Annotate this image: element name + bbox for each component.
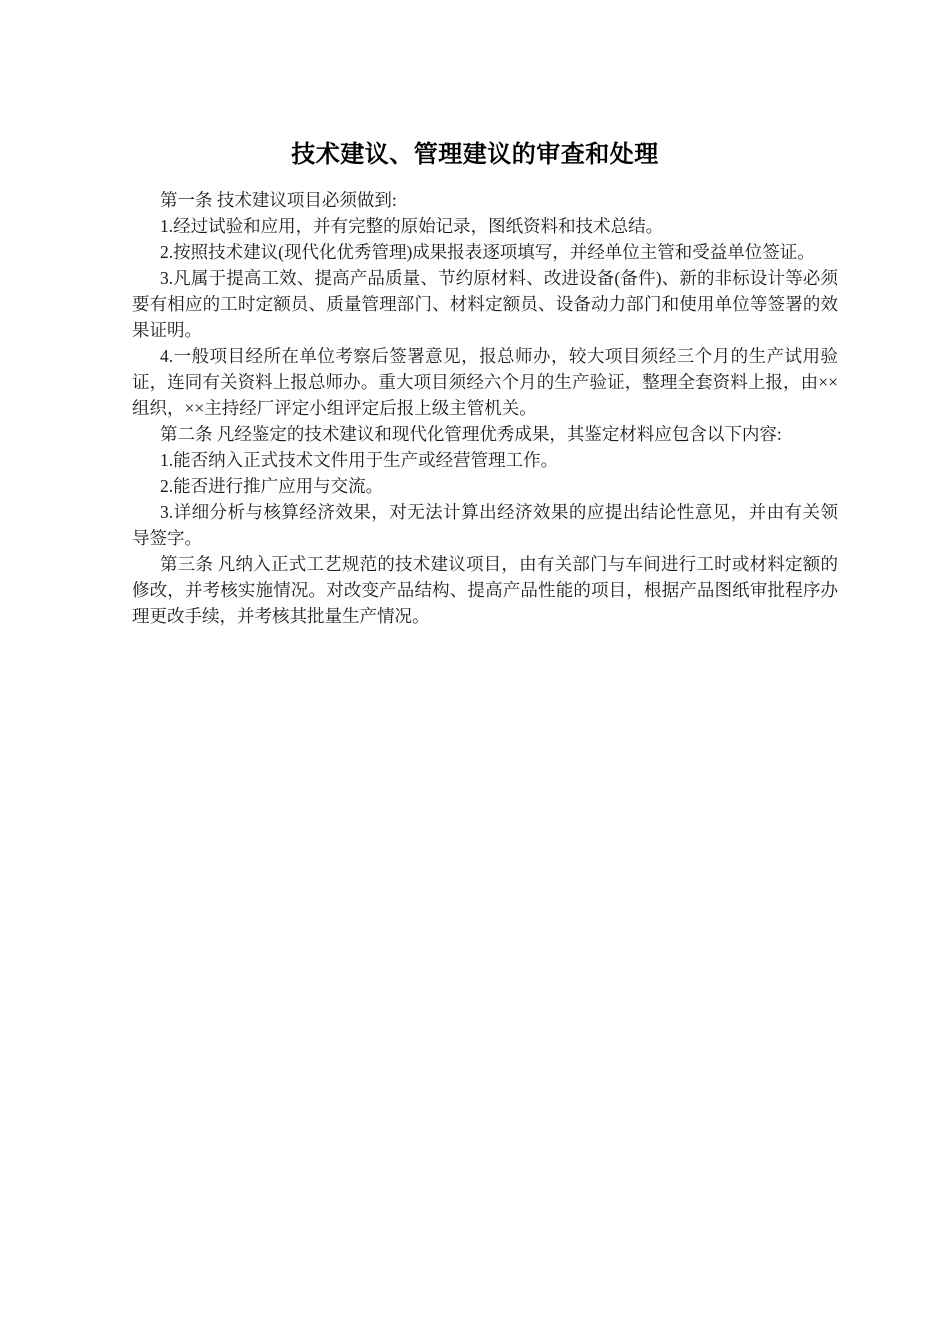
document-page: 技术建议、管理建议的审查和处理 第一条 技术建议项目必须做到: 1.经过试验和应… xyxy=(0,0,950,1344)
paragraph: 第三条 凡纳入正式工艺规范的技术建议项目，由有关部门与车间进行工时或材料定额的修… xyxy=(132,551,838,629)
paragraph: 1.经过试验和应用，并有完整的原始记录，图纸资料和技术总结。 xyxy=(132,213,838,239)
paragraph: 2.按照技术建议(现代化优秀管理)成果报表逐项填写，并经单位主管和受益单位签证。 xyxy=(132,239,838,265)
paragraph: 4.一般项目经所在单位考察后签署意见，报总师办，较大项目须经三个月的生产试用验证… xyxy=(132,343,838,421)
paragraph: 第二条 凡经鉴定的技术建议和现代化管理优秀成果，其鉴定材料应包含以下内容: xyxy=(132,421,838,447)
paragraph: 3.凡属于提高工效、提高产品质量、节约原材料、改进设备(备件)、新的非标设计等必… xyxy=(132,265,838,343)
document-title: 技术建议、管理建议的审查和处理 xyxy=(0,140,950,170)
paragraph: 3.详细分析与核算经济效果，对无法计算出经济效果的应提出结论性意见，并由有关领导… xyxy=(132,499,838,551)
paragraph: 第一条 技术建议项目必须做到: xyxy=(132,187,838,213)
document-body: 第一条 技术建议项目必须做到: 1.经过试验和应用，并有完整的原始记录，图纸资料… xyxy=(132,187,838,629)
paragraph: 1.能否纳入正式技术文件用于生产或经营管理工作。 xyxy=(132,447,838,473)
paragraph: 2.能否进行推广应用与交流。 xyxy=(132,473,838,499)
